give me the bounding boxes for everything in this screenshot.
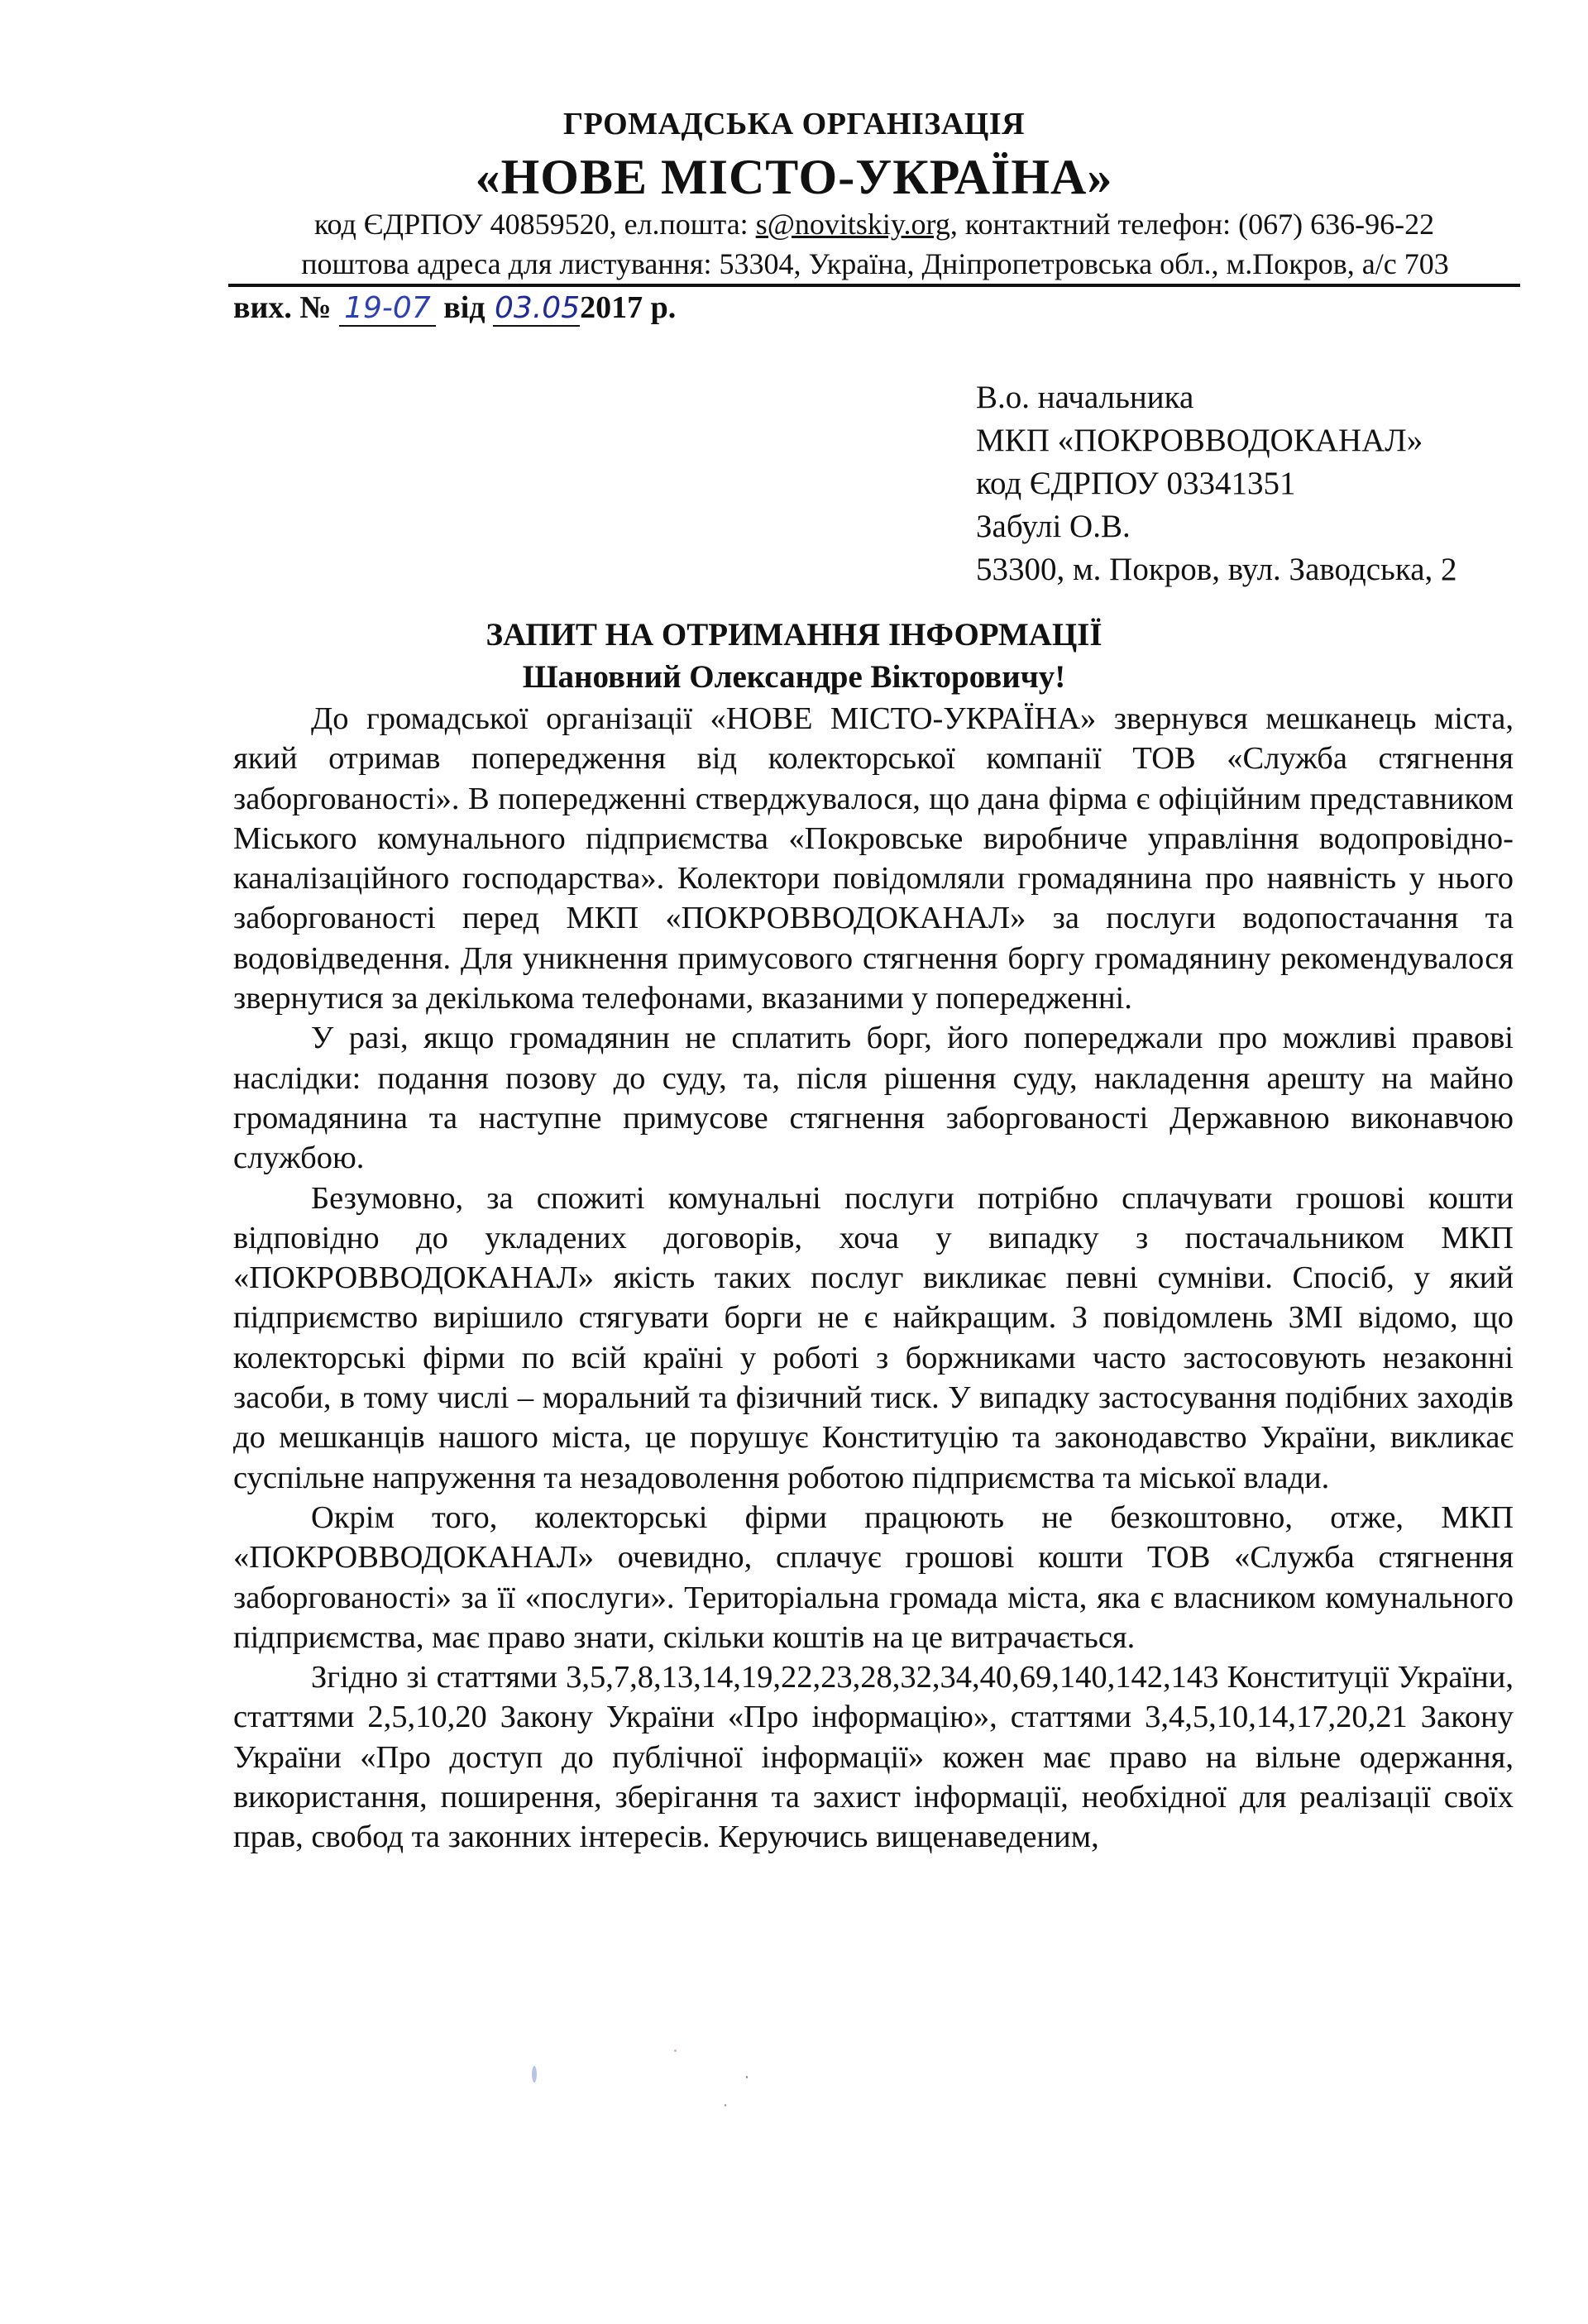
addressee-code: код ЄДРПОУ 03341351: [976, 462, 1457, 505]
body-paragraph-3: Безумовно, за спожиті комунальні послуги…: [233, 1179, 1514, 1498]
org-email-link[interactable]: s@novitskiy.org: [756, 208, 950, 241]
salutation: Шановний Олександре Вікторовичу!: [0, 658, 1588, 696]
org-type-heading: ГРОМАДСЬКА ОРГАНІЗАЦІЯ: [0, 106, 1588, 142]
addressee-position: В.о. начальника: [976, 376, 1457, 419]
outgoing-year: 2017 р.: [580, 290, 676, 325]
addressee-organization: МКП «ПОКРОВВОДОКАНАЛ»: [976, 419, 1457, 462]
letter-body: До громадської організації «НОВЕ МІСТО-У…: [233, 699, 1514, 1858]
org-contacts-line: код ЄДРПОУ 40859520, ел.пошта: s@novitsk…: [233, 207, 1515, 241]
body-paragraph-5: Згідно зі статтями 3,5,7,8,13,14,19,22,2…: [233, 1657, 1514, 1857]
handwritten-outgoing-number: 19-07: [339, 292, 436, 327]
outgoing-date-label: від: [436, 290, 493, 325]
outgoing-reference: вих. № 19-07 від 03.052017 р.: [233, 289, 676, 327]
letterhead-divider: [228, 284, 1520, 287]
org-postal-address: поштова адреса для листування: 53304, Ук…: [233, 246, 1517, 281]
org-name-heading: «НОВЕ МІСТО-УКРАЇНА»: [0, 149, 1588, 206]
scan-speck: [725, 2104, 726, 2106]
addressee-address: 53300, м. Покров, вул. Заводська, 2: [976, 548, 1457, 591]
addressee-name: Забулі О.В.: [976, 505, 1457, 548]
body-paragraph-4: Окрім того, колекторські фірми працюють …: [233, 1498, 1514, 1657]
scan-speck: [532, 2066, 537, 2083]
handwritten-outgoing-date: 03.05: [493, 292, 580, 327]
scan-speck: [746, 2076, 748, 2078]
document-title: ЗАПИТ НА ОТРИМАННЯ ІНФОРМАЦІЇ: [0, 616, 1588, 653]
org-code-text: код ЄДРПОУ 40859520, ел.пошта:: [314, 208, 756, 241]
scan-speck: [674, 2049, 677, 2052]
org-phone-text: , контактний телефон: (067) 636-96-22: [950, 208, 1434, 241]
scanned-letter-page: ГРОМАДСЬКА ОРГАНІЗАЦІЯ «НОВЕ МІСТО-УКРАЇ…: [0, 0, 1588, 2324]
addressee-block: В.о. начальника МКП «ПОКРОВВОДОКАНАЛ» ко…: [976, 376, 1457, 591]
body-paragraph-1: До громадської організації «НОВЕ МІСТО-У…: [233, 699, 1514, 1018]
outgoing-number-label: вих. №: [233, 290, 339, 325]
body-paragraph-2: У разі, якщо громадянин не сплатить борг…: [233, 1018, 1514, 1178]
